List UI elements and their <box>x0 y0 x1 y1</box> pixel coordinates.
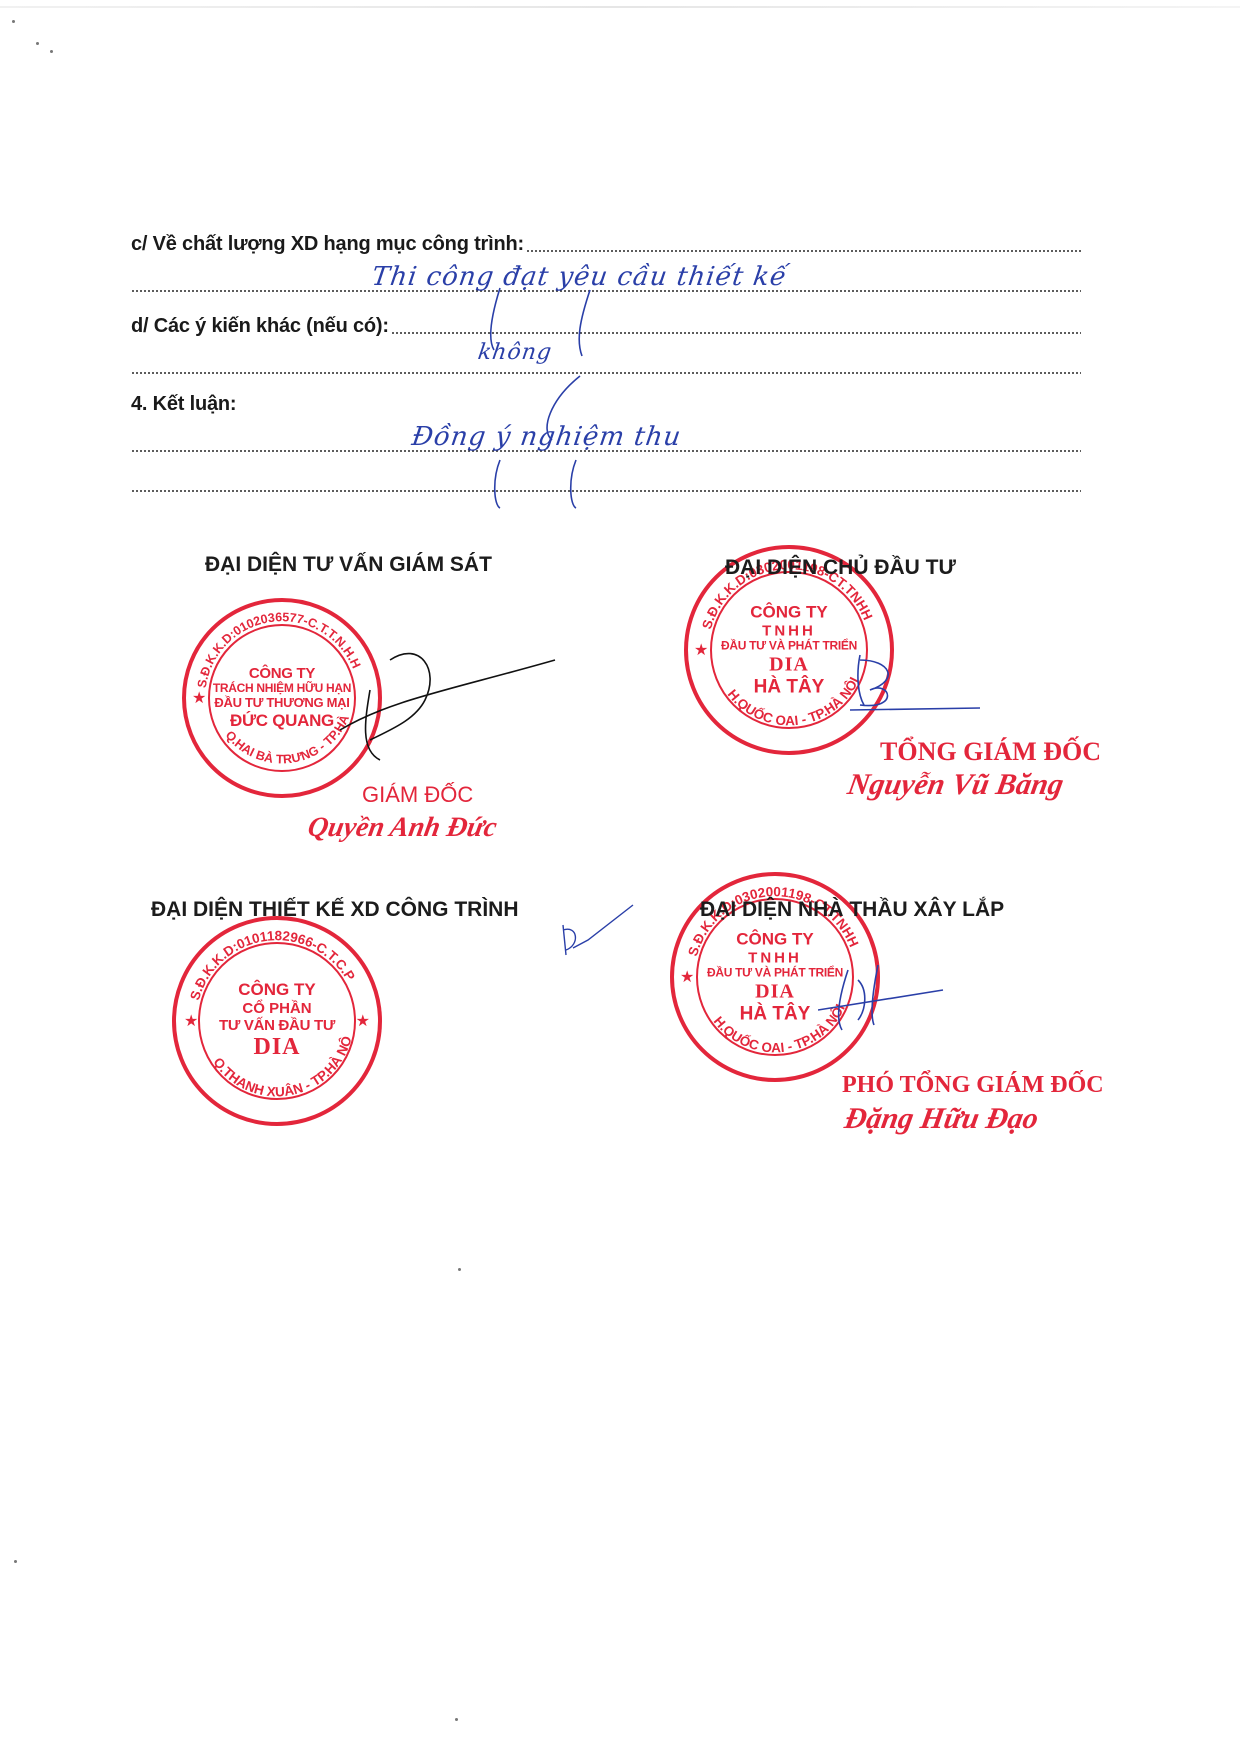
scan-edge <box>0 6 1240 8</box>
stamp-line: CÔNG TY <box>186 665 378 682</box>
form-item-d: d/ Các ý kiến khác (nếu có): <box>131 310 1081 342</box>
dotted-fill-line <box>391 332 1081 334</box>
scan-speck <box>14 1560 17 1563</box>
design-party-title: ĐẠI DIỆN THIẾT KẾ XD CÔNG TRÌNH <box>151 898 519 922</box>
investor-role: TỔNG GIÁM ĐỐC <box>880 737 1101 767</box>
stamp-line: HÀ TÂY <box>674 1003 876 1025</box>
supervision-signer-name: Quyền Anh Đức <box>305 812 499 844</box>
contractor-role: PHÓ TỔNG GIÁM ĐỐC <box>842 1072 1104 1099</box>
stamp-line: CÔNG TY <box>674 929 876 949</box>
supervision-party-title: ĐẠI DIỆN TƯ VẤN GIÁM SÁT <box>205 553 492 577</box>
stamp-line: TNHH <box>688 622 890 639</box>
scan-speck <box>50 50 53 53</box>
contractor-party-title: ĐẠI DIỆN NHÀ THẦU XÂY LẮP <box>700 898 1004 922</box>
stamp-line: TRÁCH NHIỆM HỮU HẠN <box>186 682 378 696</box>
stamp-line: HÀ TÂY <box>688 676 890 698</box>
section-4-label: 4. Kết luận: <box>131 388 236 420</box>
item-d-handwritten-answer: không <box>476 340 554 365</box>
design-company-stamp: S.Đ.K.K.D:0101182966-C.T.C.P Q.THANH XUÂ… <box>172 916 382 1126</box>
investor-signer-name: Nguyễn Vũ Băng <box>845 768 1066 802</box>
section-4-handwritten-answer: Đồng ý nghiệm thu <box>410 422 683 452</box>
section-4-blank-line <box>131 468 1081 500</box>
stamp-line: TƯ VẤN ĐẦU TƯ <box>176 1017 378 1034</box>
form-item-d-answer-line <box>131 350 1081 382</box>
investor-party-title: ĐẠI DIỆN CHỦ ĐẦU TƯ <box>725 556 956 580</box>
scan-speck <box>458 1268 461 1271</box>
stamp-line: CỔ PHẦN <box>176 1000 378 1017</box>
item-c-label: c/ Về chất lượng XD hạng mục công trình: <box>131 228 524 260</box>
dotted-fill-line <box>526 250 1081 252</box>
stamp-line: DIA <box>674 980 876 1003</box>
design-signature <box>558 900 638 960</box>
form-item-c: c/ Về chất lượng XD hạng mục công trình: <box>131 228 1081 260</box>
section-4-heading: 4. Kết luận: <box>131 388 1081 420</box>
stamp-line: CÔNG TY <box>176 980 378 1000</box>
stamp-line: DIA <box>688 653 890 676</box>
stamp-line: ĐẦU TƯ THƯƠNG MẠI <box>186 696 378 711</box>
scan-speck <box>455 1718 458 1721</box>
stamp-line: ĐỨC QUANG <box>186 711 378 731</box>
stamp-line: CÔNG TY <box>688 602 890 622</box>
stamp-line: TNHH <box>674 949 876 966</box>
scan-speck <box>12 20 15 23</box>
stamp-line: DIA <box>176 1034 378 1062</box>
item-d-label: d/ Các ý kiến khác (nếu có): <box>131 310 389 342</box>
stamp-line: ĐẦU TƯ VÀ PHÁT TRIỂN <box>688 639 890 653</box>
supervision-role: GIÁM ĐỐC <box>362 782 473 808</box>
stamp-line: ĐẦU TƯ VÀ PHÁT TRIỂN <box>674 966 876 980</box>
supervision-company-stamp: S.Đ.K.K.D:0102036577-C.T.T.N.H.H Q.HAI B… <box>182 598 382 798</box>
contractor-signer-name: Đặng Hữu Đạo <box>842 1102 1041 1136</box>
scan-speck <box>36 42 39 45</box>
item-c-handwritten-answer: Thi công đạt yêu cầu thiết kế <box>370 262 789 292</box>
dotted-fill-line <box>131 372 1081 374</box>
dotted-fill-line <box>131 490 1081 492</box>
